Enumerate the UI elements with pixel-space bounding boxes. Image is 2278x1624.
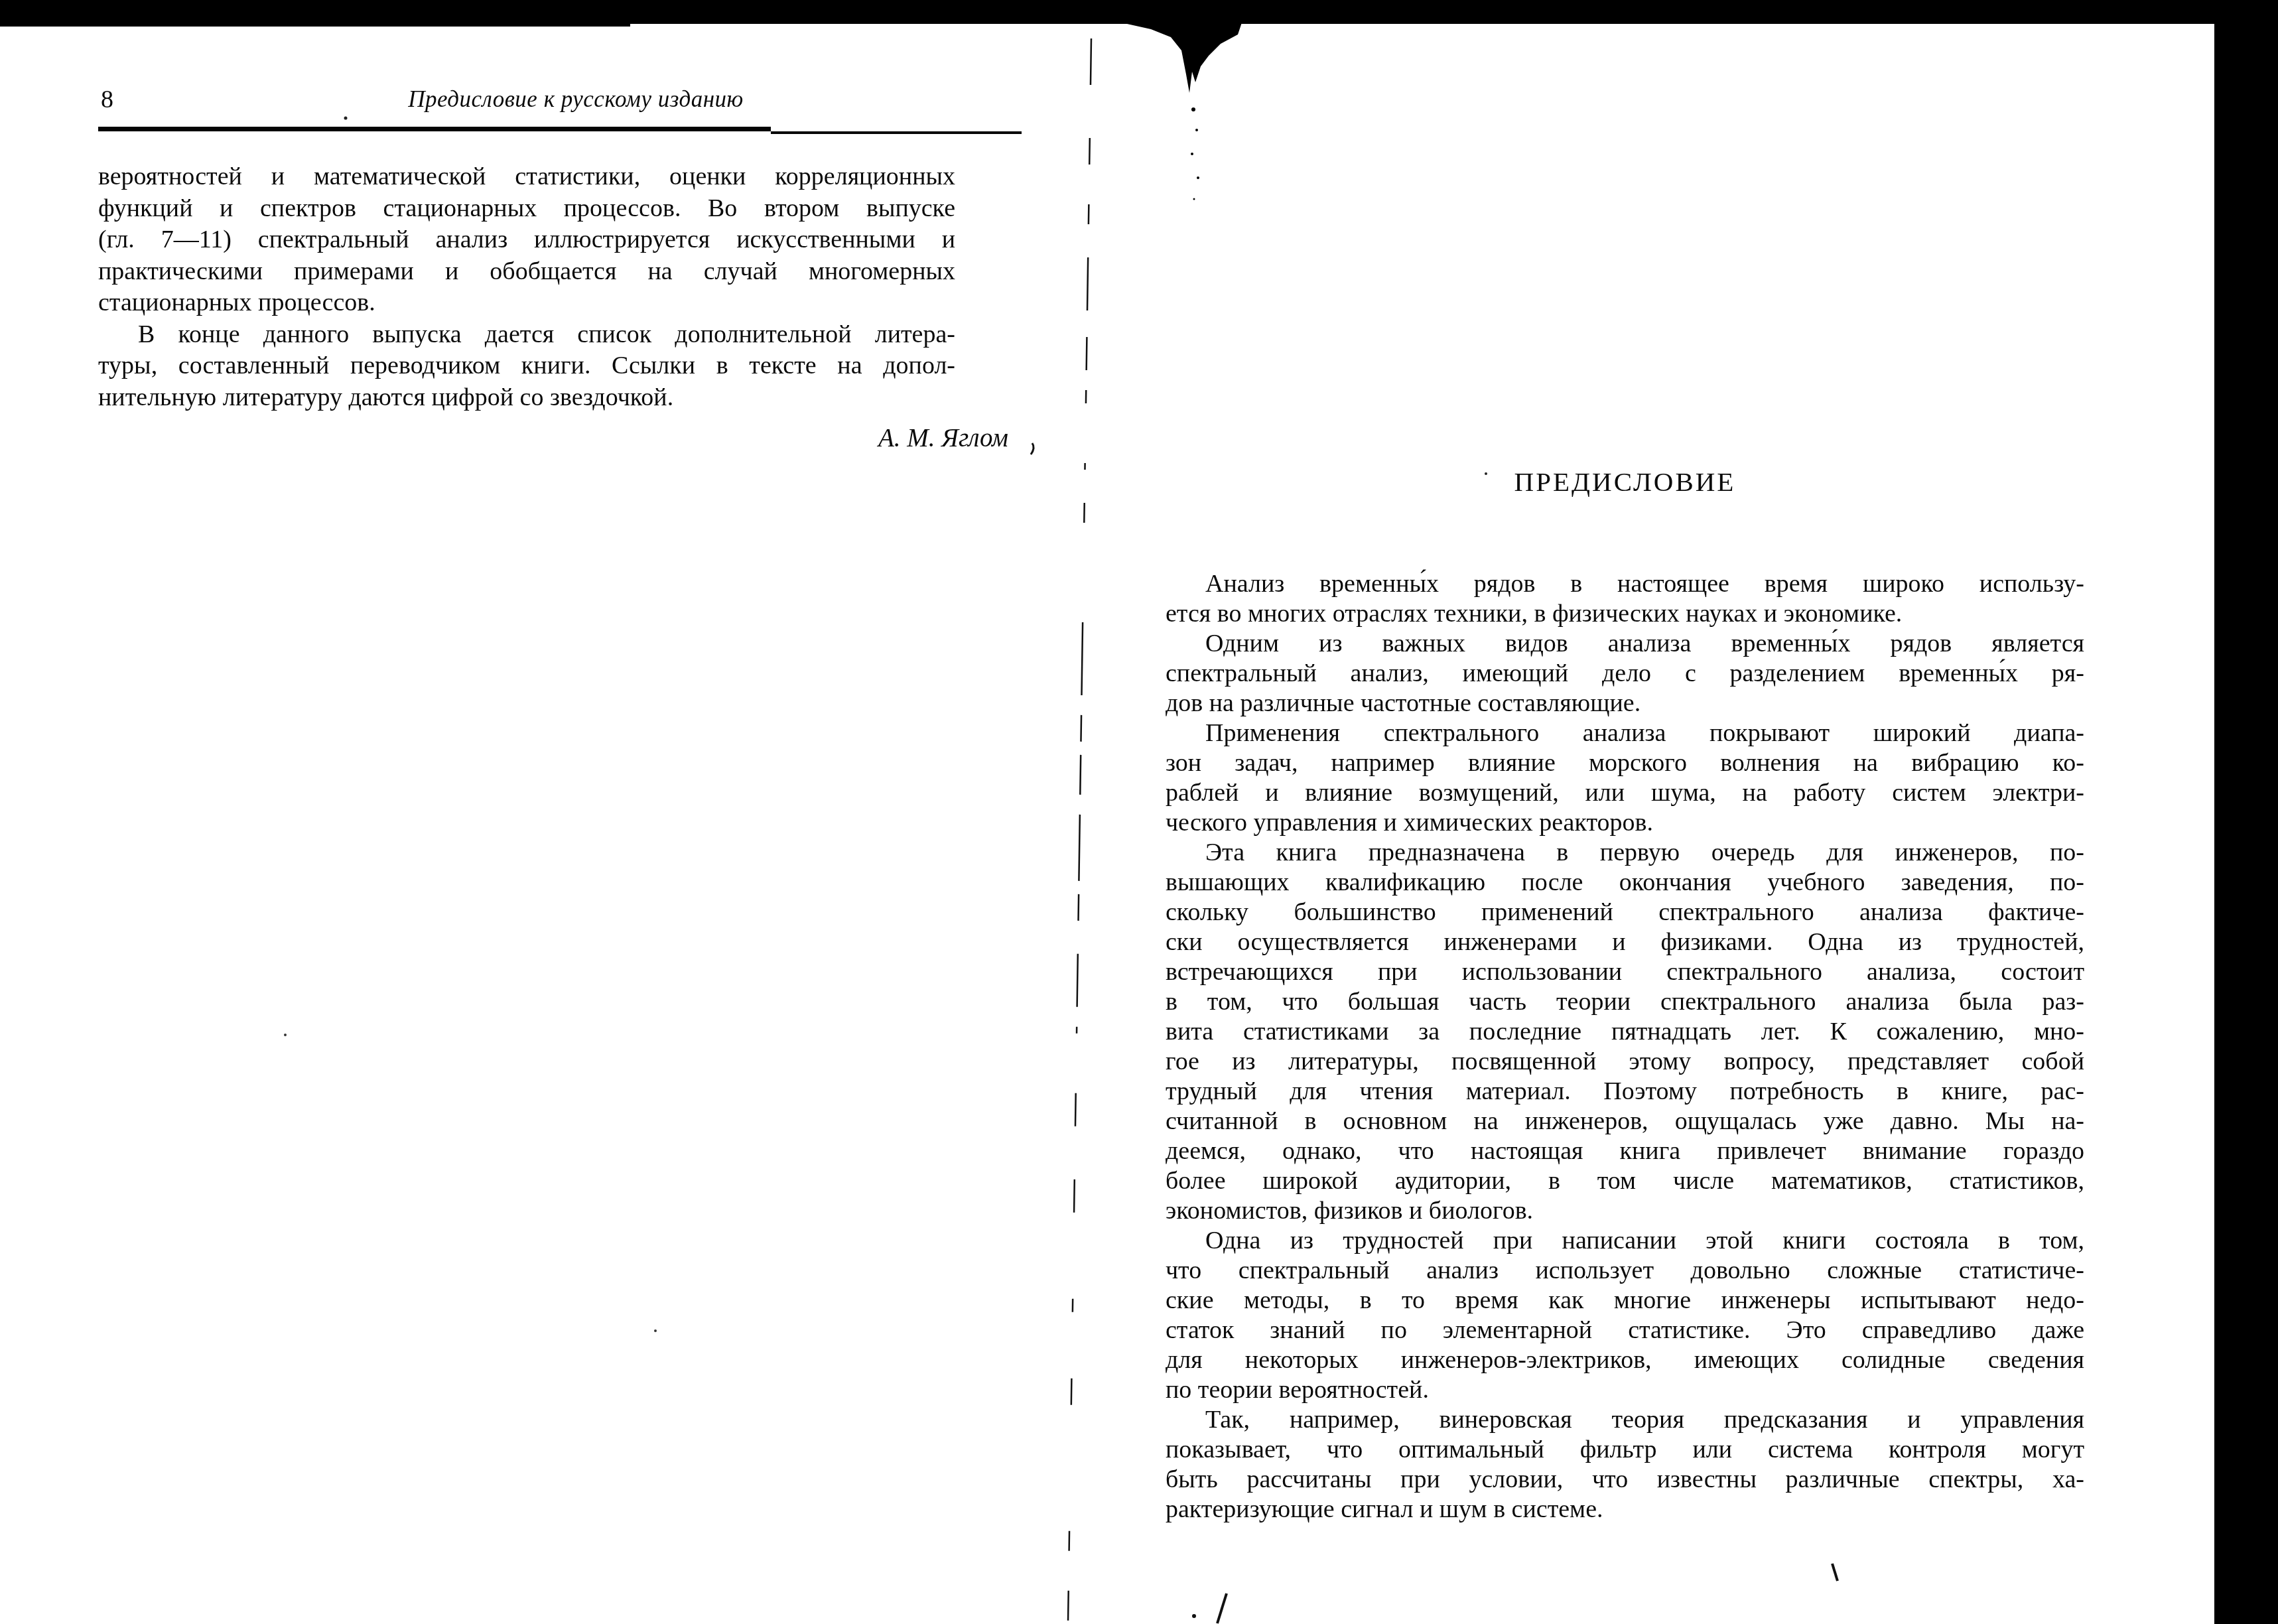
text-line: трудный для чтения материал. Поэтому пот… bbox=[1166, 1077, 2084, 1107]
left-page-header: 8 Предисловие к русскому изданию bbox=[98, 85, 955, 118]
tick-mark bbox=[1832, 1564, 1838, 1581]
left-page-text: вероятностей и математической статистики… bbox=[98, 161, 955, 413]
text-line: быть рассчитаны при условии, что известн… bbox=[1166, 1465, 2084, 1495]
text-line: стационарных процессов. bbox=[98, 287, 955, 319]
speck bbox=[1195, 129, 1198, 131]
text-line: туры, составленный переводчиком книги. С… bbox=[98, 350, 955, 382]
book-scan: 8 Предисловие к русскому изданию вероятн… bbox=[0, 0, 2278, 1624]
text-line: рактеризующие сигнал и шум в системе. bbox=[1166, 1495, 2084, 1524]
text-line: вероятностей и математической статистики… bbox=[98, 161, 955, 193]
text-line: более широкой аудитории, в том числе мат… bbox=[1166, 1166, 2084, 1196]
text-line: что спектральный анализ использует довол… bbox=[1166, 1256, 2084, 1286]
text-line: Так, например, винеровская теория предск… bbox=[1166, 1405, 2084, 1435]
fold-line bbox=[1068, 38, 1091, 1623]
text-line: в том, что большая часть теории спектрал… bbox=[1166, 987, 2084, 1017]
text-line: Одна из трудностей при написании этой кн… bbox=[1166, 1226, 2084, 1256]
header-rule bbox=[98, 127, 771, 131]
text-line: раблей и влияние возмущений, или шума, н… bbox=[1166, 778, 2084, 808]
speck bbox=[1191, 153, 1193, 155]
text-line: Эта книга предназначена в первую очередь… bbox=[1166, 838, 2084, 868]
text-line: практическими примерами и обобщается на … bbox=[98, 256, 955, 288]
page-number: 8 bbox=[101, 85, 113, 114]
text-line: ется во многих отраслях техники, в физич… bbox=[1166, 599, 2084, 629]
text-line: считанной в основном на инженеров, ощуща… bbox=[1166, 1107, 2084, 1136]
text-line: показывает, что оптимальный фильтр или с… bbox=[1166, 1435, 2084, 1465]
scan-top-bar bbox=[0, 0, 2278, 24]
gutter-smudge bbox=[1121, 23, 1242, 93]
speck bbox=[284, 1034, 287, 1036]
header-rule-extension bbox=[771, 131, 1022, 134]
text-line: скольку большинство применений спектраль… bbox=[1166, 898, 2084, 927]
text-line: деемся, однако, что настоящая книга прив… bbox=[1166, 1136, 2084, 1166]
comma-mark bbox=[1031, 443, 1034, 454]
text-line: ческого управления и химических реакторо… bbox=[1166, 808, 2084, 838]
text-line: ские методы, в то время как многие инжен… bbox=[1166, 1286, 2084, 1316]
speck bbox=[1193, 198, 1195, 200]
text-line: дов на различные частотные составляющие. bbox=[1166, 689, 2084, 718]
translator-signature: А. М. Яглом bbox=[663, 423, 1008, 453]
text-line: для некоторых инженеров-электриков, имею… bbox=[1166, 1345, 2084, 1375]
right-page-text: Анализ временны́х рядов в настоящее врем… bbox=[1166, 569, 2084, 1524]
preface-title: ПРЕДИСЛОВИЕ bbox=[1166, 466, 2084, 498]
scan-top-bar-ragged-edge bbox=[0, 24, 630, 27]
text-line: зон задач, например влияние морского вол… bbox=[1166, 748, 2084, 778]
scan-right-band bbox=[2214, 0, 2278, 1624]
text-line: спектральный анализ, имеющий дело с разд… bbox=[1166, 659, 2084, 689]
speck bbox=[1191, 107, 1195, 111]
slash-mark bbox=[1217, 1593, 1227, 1623]
text-line: статок знаний по элементарной статистике… bbox=[1166, 1316, 2084, 1345]
text-line: (гл. 7—11) спектральный анализ иллюстрир… bbox=[98, 224, 955, 256]
speck bbox=[654, 1329, 657, 1332]
text-line: В конце данного выпуска дается список до… bbox=[98, 319, 955, 351]
text-line: Анализ временны́х рядов в настоящее врем… bbox=[1166, 569, 2084, 599]
text-line: Применения спектрального анализа покрыва… bbox=[1166, 718, 2084, 748]
text-line: экономистов, физиков и биологов. bbox=[1166, 1196, 2084, 1226]
text-line: по теории вероятностей. bbox=[1166, 1375, 2084, 1405]
text-line: вышающих квалификацию после окончания уч… bbox=[1166, 868, 2084, 898]
text-line: нительную литературу даются цифрой со зв… bbox=[98, 382, 955, 414]
running-header: Предисловие к русскому изданию bbox=[377, 86, 775, 113]
text-line: гое из литературы, посвященной этому воп… bbox=[1166, 1047, 2084, 1077]
text-line: функций и спектров стационарных процессо… bbox=[98, 193, 955, 225]
speck bbox=[1197, 176, 1199, 179]
speck bbox=[1192, 1614, 1196, 1618]
text-line: встречающихся при использовании спектрал… bbox=[1166, 957, 2084, 987]
text-line: вита статистиками за последние пятнадцат… bbox=[1166, 1017, 2084, 1047]
text-line: Одним из важных видов анализа временны́х… bbox=[1166, 629, 2084, 659]
text-line: ски осуществляется инженерами и физиками… bbox=[1166, 927, 2084, 957]
